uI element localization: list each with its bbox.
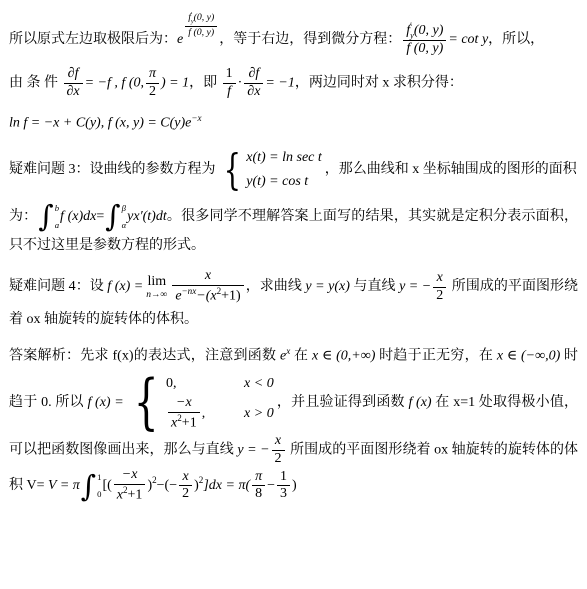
- text-run: ，即: [189, 76, 221, 91]
- math-run: +1: [182, 416, 197, 431]
- math-numerator: x: [433, 270, 446, 288]
- math-fraction-limit: xe−nx−(x2+1): [172, 268, 243, 305]
- math-case-row: x(t) = ln sec t: [246, 146, 322, 170]
- text-run: 由 条 件: [9, 76, 62, 91]
- math-numerator: π: [252, 469, 265, 487]
- math-fraction-fy: f′y(0, y)f (0, y): [403, 21, 446, 58]
- math-minus: −: [267, 478, 275, 493]
- math-fraction-x-2: x2: [272, 433, 285, 468]
- math-denominator: 2: [179, 486, 192, 503]
- math-lhs: f (x) =: [107, 279, 143, 294]
- math-run: = −1: [265, 76, 294, 91]
- math-case-value: 0,: [166, 372, 236, 396]
- paragraph-solution-formula: ln f = −x + C(y), f (x, y) = C(y)e−x: [9, 109, 578, 138]
- math-denominator: ∂x: [244, 84, 263, 101]
- math-left-brace: {: [133, 377, 158, 428]
- math-lower-limit: α: [122, 221, 127, 230]
- math-fraction-integrand: −xx2+1: [114, 467, 146, 504]
- math-v-label: V=: [27, 478, 45, 493]
- text-run: 为：: [9, 209, 37, 224]
- math-fraction-x-2: x2: [433, 270, 446, 305]
- text-run: 答案解析：先求 f(x)的表达式，注意到函数: [9, 349, 280, 364]
- math-fraction-1-3: 13: [277, 469, 290, 504]
- math-e-base: e: [177, 32, 183, 47]
- math-run: −(−: [157, 478, 177, 493]
- math-integral-0-1: ∫10: [81, 471, 102, 501]
- math-upper-limit: β: [122, 204, 127, 213]
- math-integral-ab: ∫ba: [38, 202, 59, 232]
- math-fraction-pi-8: π8: [252, 469, 265, 504]
- math-equals: =: [96, 209, 104, 224]
- math-args: (0, y): [414, 23, 444, 38]
- math-volume-lhs: V = π: [48, 478, 80, 493]
- math-numerator: x: [172, 268, 243, 286]
- math-piecewise-cases: {0,x < 0−xx2+1,x > 0: [127, 372, 274, 433]
- math-fraction-partial: ∂f∂x: [244, 66, 263, 101]
- math-integrand: yx′(t)dt: [127, 209, 167, 224]
- math-superscript: −x: [191, 113, 201, 123]
- math-denominator: e−nx−(x2+1): [172, 286, 243, 305]
- text-run: ，并且验证得到函数: [277, 394, 409, 409]
- math-denominator: f (0, y): [403, 41, 446, 58]
- math-numerator: −x: [168, 395, 200, 413]
- math-comma: ,: [202, 402, 206, 426]
- math-domain: x ∈ (−∞,0): [497, 349, 560, 364]
- math-denominator: 8: [252, 486, 265, 503]
- math-run: +1): [221, 289, 241, 304]
- math-case-condition: x < 0: [244, 372, 274, 396]
- text-run: 所以原式左边取极限后为：: [9, 32, 177, 47]
- text-run: 与直线: [350, 279, 399, 294]
- text-run: ，等于右边，得到微分方程：: [219, 32, 401, 47]
- integral-sign: ∫: [81, 473, 96, 499]
- integral-sign: ∫: [105, 203, 120, 229]
- text-run: 疑难问题 4：设: [9, 279, 107, 294]
- math-fraction-1-f: 1f: [223, 66, 236, 101]
- math-run: +1: [128, 488, 143, 503]
- math-denominator: f: [223, 84, 236, 101]
- math-denominator: x2+1: [168, 413, 200, 432]
- math-denominator: f (0, y): [185, 27, 217, 39]
- math-denominator: 3: [277, 486, 290, 503]
- limit-subscript: n→∞: [146, 290, 167, 300]
- math-numerator: x: [179, 469, 192, 487]
- math-numerator: x: [272, 433, 285, 451]
- text-run: ，两边同时对 x 求积分得：: [295, 76, 463, 91]
- math-numerator: −x: [114, 467, 146, 485]
- math-integral-alpha-beta: ∫βα: [105, 202, 126, 232]
- math-line-lhs: y = −: [237, 442, 269, 457]
- text-run: ，所以，: [488, 32, 544, 47]
- text-run: 时趋于正无穷，在: [375, 349, 497, 364]
- paragraph-problem-3-area: 为：∫baf (x)dx=∫βαyx′(t)dt。很多同学不理解答案上面写的结果…: [9, 202, 578, 261]
- text-run: 在: [290, 349, 312, 364]
- math-left-brace: {: [223, 152, 240, 188]
- math-case-row: y(t) = cos t: [246, 170, 322, 194]
- text-run: ，那么曲线和 x 坐标轴围成的图形的面积: [325, 162, 577, 177]
- math-integrand: f (x)dx: [60, 209, 96, 224]
- limit-word: lim: [146, 274, 167, 289]
- math-numerator: 1: [277, 469, 290, 487]
- math-run: [(: [102, 478, 111, 493]
- document-page: 所以原式左边取极限后为：ef′y(0, y)f (0, y)，等于右边，得到微分…: [0, 0, 587, 505]
- math-run: ]dx = π(: [203, 478, 250, 493]
- math-case-condition: x > 0: [244, 402, 274, 426]
- math-numerator: ∂f: [64, 66, 83, 84]
- math-fx: f (x): [408, 394, 431, 409]
- math-denominator: 2: [146, 84, 159, 101]
- math-denominator: ∂x: [64, 84, 83, 101]
- text-run: ，求曲线: [246, 279, 306, 294]
- text-run: 疑难问题 3：设曲线的参数方程为: [9, 162, 216, 177]
- math-run: ) = 1: [161, 76, 189, 91]
- math-fraction-case: −xx2+1: [168, 395, 200, 432]
- math-upper-limit: b: [55, 204, 59, 213]
- math-exponent-fraction: f′y(0, y)f (0, y): [185, 12, 217, 38]
- paragraph-problem-3: 疑难问题 3：设曲线的参数方程为{x(t) = ln sec ty(t) = c…: [9, 146, 578, 194]
- math-domain: x ∈ (0,+∞): [312, 349, 375, 364]
- math-numerator: π: [146, 66, 159, 84]
- math-parametric-cases: {x(t) = ln sec ty(t) = cos t: [219, 146, 322, 194]
- paragraph-limit-derivation: 所以原式左边取极限后为：ef′y(0, y)f (0, y)，等于右边，得到微分…: [9, 12, 578, 58]
- math-run: ln f = −x + C(y), f (x, y) = C(y)e: [9, 115, 191, 130]
- math-lower-limit: 0: [97, 490, 101, 499]
- math-curve: y = y(x): [305, 279, 349, 294]
- math-superscript: −nx: [182, 286, 197, 296]
- math-args: (0, y): [194, 12, 215, 23]
- math-lower-limit: a: [55, 221, 59, 230]
- math-line-lhs: y = −: [399, 279, 431, 294]
- math-lhs: f (x) =: [87, 394, 123, 409]
- integral-sign: ∫: [38, 203, 53, 229]
- math-numerator: 1: [223, 66, 236, 84]
- math-denominator: 2: [433, 288, 446, 305]
- math-numerator: ∂f: [244, 66, 263, 84]
- math-fraction-partial: ∂f∂x: [64, 66, 83, 101]
- math-eq-cot: = cot y: [448, 32, 488, 47]
- math-limit: limn→∞: [146, 274, 167, 300]
- paragraph-condition: 由 条 件 ∂f∂x= −f , f (0,π2) = 1，即 1f·∂f∂x=…: [9, 66, 578, 101]
- math-run: = −f , f (0,: [85, 76, 144, 91]
- math-denominator: x2+1: [114, 485, 146, 504]
- math-fraction-x-2: x2: [179, 469, 192, 504]
- math-dot-operator: ·: [238, 76, 243, 91]
- math-run: −(x: [196, 289, 216, 304]
- paragraph-answer-analysis: 答案解析：先求 f(x)的表达式，注意到函数 ex 在 x ∈ (0,+∞) 时…: [9, 342, 578, 504]
- math-run: ): [292, 478, 297, 493]
- paragraph-problem-4: 疑难问题 4：设 f (x) =limn→∞xe−nx−(x2+1)，求曲线 y…: [9, 268, 578, 334]
- math-fraction-pi-2: π2: [146, 66, 159, 101]
- math-upper-limit: 1: [97, 473, 101, 482]
- math-denominator: 2: [272, 451, 285, 468]
